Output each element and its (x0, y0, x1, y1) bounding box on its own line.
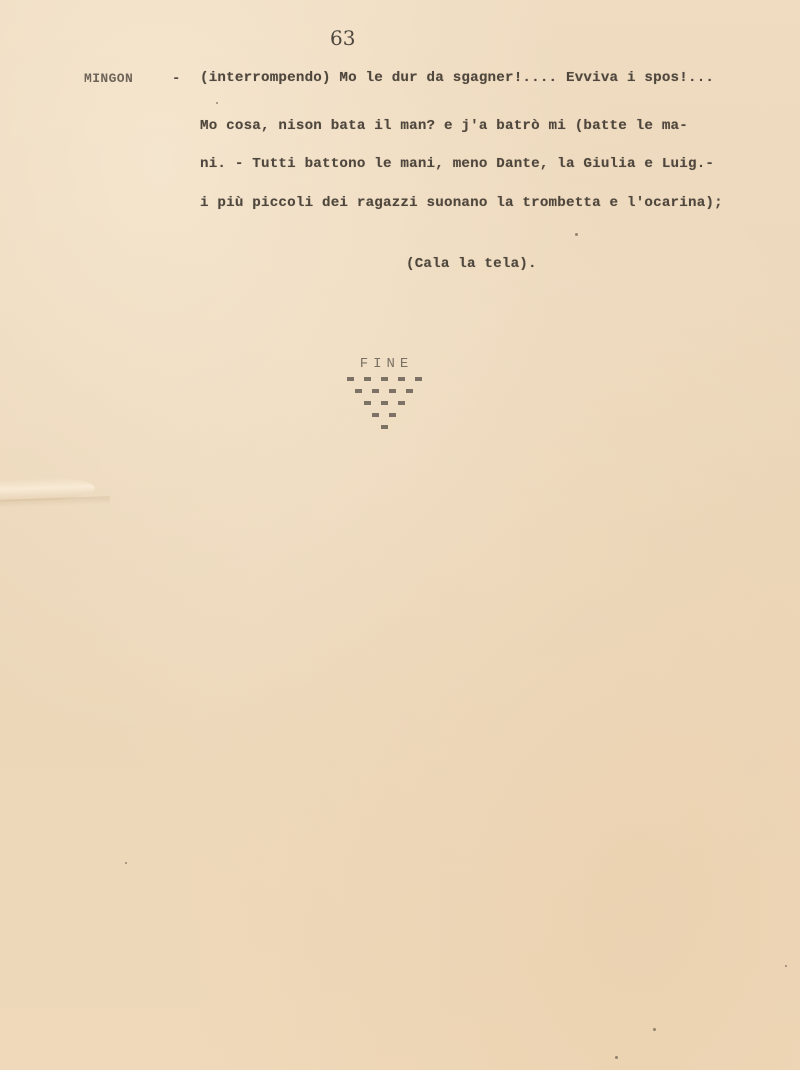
ornament-dash (355, 389, 362, 393)
ornament-dash (381, 377, 388, 381)
dialogue-line-1: (interrompendo) Mo le dur da sgagner!...… (200, 70, 714, 86)
ornament-row-2 (336, 385, 432, 397)
ornament-dash (389, 413, 396, 417)
ornament-row-3 (336, 397, 432, 409)
ornament-dash (398, 401, 405, 405)
speaker-dash: - (172, 71, 180, 87)
page-number: 63 (330, 26, 355, 50)
ink-speck (125, 862, 127, 864)
ornament-dash (381, 401, 388, 405)
ink-speck (575, 233, 578, 236)
ornament-dash (364, 401, 371, 405)
ornament-row-5 (336, 421, 432, 433)
ornament-row-4 (336, 409, 432, 421)
ornament-dash (347, 377, 354, 381)
ink-speck (615, 1056, 618, 1059)
ornament-dash (364, 377, 371, 381)
speaker-name: MINGON (84, 71, 133, 86)
ornament-dash (415, 377, 422, 381)
end-title: FINE (341, 355, 432, 373)
ornament-dash (381, 425, 388, 429)
end-mark: FINE (336, 355, 432, 433)
ink-speck (785, 965, 787, 967)
document-page: 63 MINGON - (interrompendo) Mo le dur da… (0, 0, 800, 1070)
dialogue-line-4: i più piccoli dei ragazzi suonano la tro… (200, 195, 723, 211)
ornament-dash (406, 389, 413, 393)
stage-direction: (Cala la tela). (406, 256, 537, 272)
ornament-dash (389, 389, 396, 393)
ornament-dash (372, 389, 379, 393)
ornament-row-1 (336, 373, 432, 385)
ornament-dash (398, 377, 405, 381)
ink-speck (653, 1028, 656, 1031)
ink-speck (216, 102, 218, 104)
dialogue-line-3: ni. - Tutti battono le mani, meno Dante,… (200, 156, 714, 172)
ornament-dash (372, 413, 379, 417)
dialogue-line-2: Mo cosa, nison bata il man? e j'a batrò … (200, 118, 688, 134)
